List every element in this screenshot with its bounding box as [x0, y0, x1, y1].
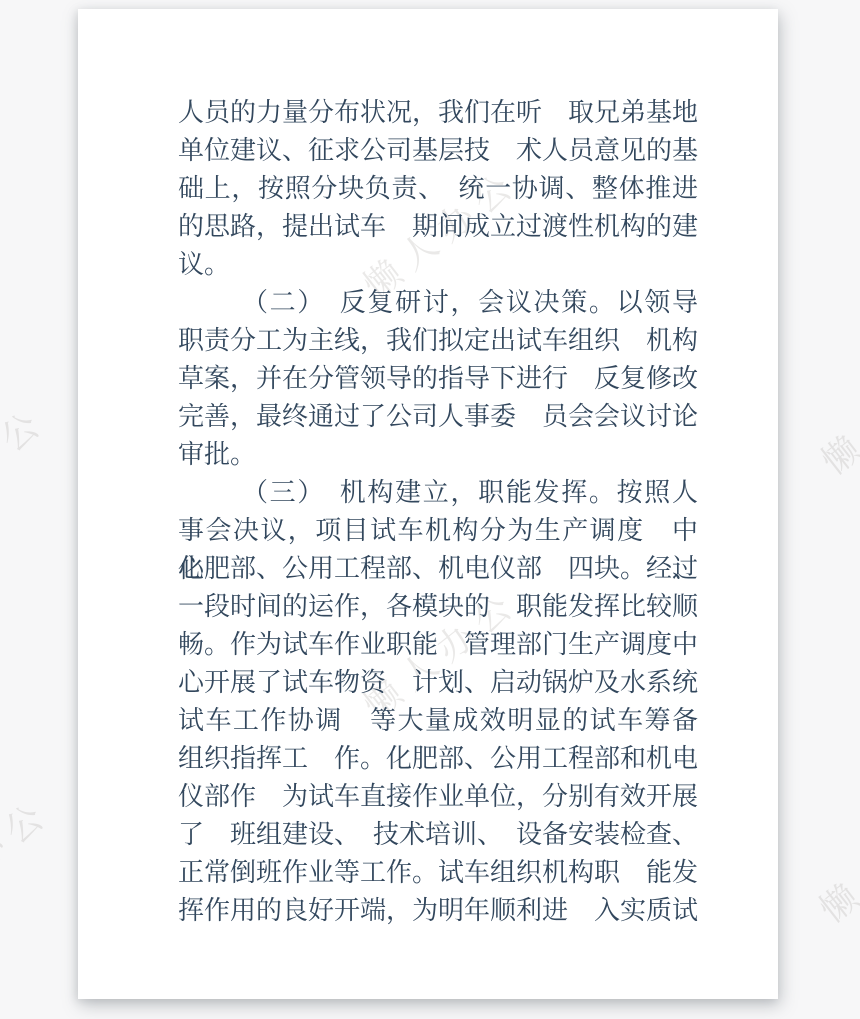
text-line: 了 班组建设、 技术培训、 设备安装检查、 — [178, 816, 698, 854]
watermark-text: 懒人办公 — [810, 331, 860, 484]
text-line: 试车工作协调 等大量成效明显的试车筹备 — [178, 702, 698, 740]
text-line: 的思路，提出试车 期间成立过渡性机构的建 — [178, 208, 698, 246]
text-line: 畅。作为试车作业职能 管理部门生产调度中 — [178, 626, 698, 664]
document-body-text: 人员的力量分布状况，我们在听 取兄弟基地 单位建议、征求公司基层技 术人员意见的… — [178, 94, 698, 930]
watermark-text: 懒人办公 — [0, 785, 60, 938]
text-line: 仪部作 为试车直接作业单位，分别有效开展 — [178, 778, 698, 816]
text-line: 事会决议，项目试车机构分为生产调度 中心、 — [178, 512, 698, 550]
text-line: 完善，最终通过了公司人事委 员会会议讨论 — [178, 398, 698, 436]
text-line: 组织指挥工 作。化肥部、公用工程部和机电 — [178, 740, 698, 778]
text-line: 人员的力量分布状况，我们在听 取兄弟基地 — [178, 94, 698, 132]
text-line: 草案，并在分管领导的指导下进行 反复修改 — [178, 360, 698, 398]
text-line: 化肥部、公用工程部、机电仪部 四块。经过 — [178, 550, 698, 588]
watermark-text: 懒人办公 — [0, 393, 56, 546]
text-line: （三） 机构建立，职能发挥。按照人 — [178, 474, 698, 512]
text-line: 挥作用的良好开端，为明年顺利进 入实质试 — [178, 892, 698, 930]
text-line: 审批。 — [178, 436, 698, 474]
watermark-text: 懒人办公 — [808, 779, 860, 932]
text-line: （二） 反复研讨，会议决策。以领导 — [178, 284, 698, 322]
text-line: 议。 — [178, 246, 698, 284]
text-line: 心开展了试车物资 计划、启动锅炉及水系统 — [178, 664, 698, 702]
text-line: 一段时间的运作，各模块的 职能发挥比较顺 — [178, 588, 698, 626]
text-line: 础上，按照分块负责、 统一协调、整体推进 — [178, 170, 698, 208]
document-preview-screen: 懒人办公 懒人办公 懒人办公 懒人办公 懒人办公 懒人办公 人员的力量分布状况，… — [0, 0, 860, 1019]
text-line: 正常倒班作业等工作。试车组织机构职 能发 — [178, 854, 698, 892]
text-line: 单位建议、征求公司基层技 术人员意见的基 — [178, 132, 698, 170]
text-line: 职责分工为主线，我们拟定出试车组织 机构 — [178, 322, 698, 360]
